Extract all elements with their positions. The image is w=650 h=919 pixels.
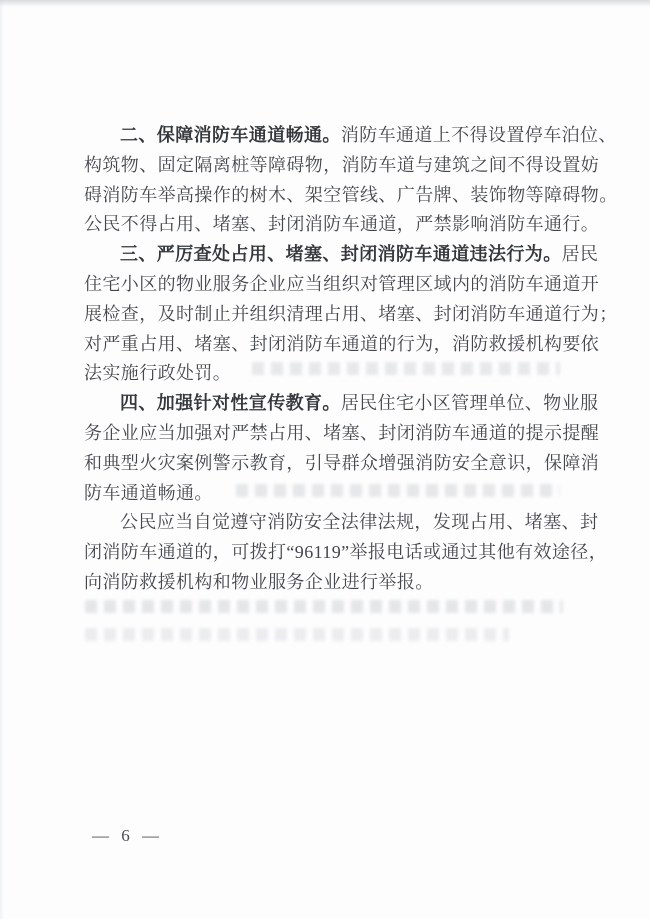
paragraph-lead: 二、保障消防车通道畅通。 xyxy=(120,125,341,145)
document-body: 二、保障消防车通道畅通。消防车通道上不得设置停车泊位、构筑物、固定隔离桩等障碍物… xyxy=(84,121,567,598)
paragraph-text: 居民 xyxy=(562,244,599,264)
text-line: 二、保障消防车通道畅通。消防车通道上不得设置停车泊位、 xyxy=(84,121,567,151)
paragraph-text: 和典型火灾案例警示教育，引导群众增强消防安全意识，保障消 xyxy=(84,453,599,473)
paragraph-lead: 三、严厉查处占用、堵塞、封闭消防车通道违法行为。 xyxy=(120,244,562,264)
text-line: 三、严厉查处占用、堵塞、封闭消防车通道违法行为。居民 xyxy=(84,240,567,270)
paragraph-text: 公民应当自觉遵守消防安全法律法规，发现占用、堵塞、封 xyxy=(120,512,598,532)
text-line: 闭消防车通道的，可拨打“96119”举报电话或通过其他有效途径， xyxy=(84,538,567,568)
paragraph: 二、保障消防车通道畅通。消防车通道上不得设置停车泊位、构筑物、固定隔离桩等障碍物… xyxy=(84,121,567,240)
paragraph-text: 对严重占用、堵塞、封闭消防车通道的行为，消防救援机构要依 xyxy=(84,334,599,354)
text-line: 展检查，及时制止并组织清理占用、堵塞、封闭消防车通道行为； xyxy=(84,300,567,330)
paragraph-text: 公民不得占用、堵塞、封闭消防车通道，严禁影响消防车通行。 xyxy=(84,214,599,234)
scan-edge-top xyxy=(0,0,650,7)
paragraph-lead: 四、加强针对性宣传教育。 xyxy=(120,393,341,413)
text-line: 务企业应当加强对严禁占用、堵塞、封闭消防车通道的提示提醒 xyxy=(84,419,567,449)
paragraph-text: 碍消防车举高操作的树木、架空管线、广告牌、装饰物等障碍物。 xyxy=(84,185,618,205)
page-number: — 6 — xyxy=(92,826,163,846)
ink-bleedthrough-artifact xyxy=(85,600,563,613)
scan-edge-left xyxy=(0,0,4,919)
paragraph-text: 向消防救援机构和物业服务企业进行举报。 xyxy=(84,572,434,592)
paragraph: 公民应当自觉遵守消防安全法律法规，发现占用、堵塞、封闭消防车通道的，可拨打“96… xyxy=(84,508,567,597)
text-line: 向消防救援机构和物业服务企业进行举报。 xyxy=(84,568,567,598)
paragraph-text: 务企业应当加强对严禁占用、堵塞、封闭消防车通道的提示提醒 xyxy=(84,423,599,443)
ink-bleedthrough-artifact xyxy=(252,362,560,375)
text-line: 四、加强针对性宣传教育。居民住宅小区管理单位、物业服 xyxy=(84,389,567,419)
paragraph-text: 住宅小区的物业服务企业应当组织对管理区域内的消防车通道开 xyxy=(84,274,599,294)
text-line: 构筑物、固定隔离桩等障碍物，消防车道与建筑之间不得设置妨 xyxy=(84,151,567,181)
paragraph-text: 构筑物、固定隔离桩等障碍物，消防车道与建筑之间不得设置妨 xyxy=(84,155,599,175)
text-line: 碍消防车举高操作的树木、架空管线、广告牌、装饰物等障碍物。 xyxy=(84,181,567,211)
paragraph-text: 展检查，及时制止并组织清理占用、堵塞、封闭消防车通道行为； xyxy=(84,304,618,324)
text-line: 公民应当自觉遵守消防安全法律法规，发现占用、堵塞、封 xyxy=(84,508,567,538)
paragraph-text: 居民住宅小区管理单位、物业服 xyxy=(341,393,599,413)
paragraph-text: 闭消防车通道的，可拨打“96119”举报电话或通过其他有效途径， xyxy=(84,542,607,562)
text-line: 住宅小区的物业服务企业应当组织对管理区域内的消防车通道开 xyxy=(84,270,567,300)
text-line: 公民不得占用、堵塞、封闭消防车通道，严禁影响消防车通行。 xyxy=(84,210,567,240)
paragraph-text: 法实施行政处罚。 xyxy=(84,363,231,383)
ink-bleedthrough-artifact xyxy=(236,484,560,497)
paragraph-text: 防车通道畅通。 xyxy=(84,483,213,503)
text-line: 对严重占用、堵塞、封闭消防车通道的行为，消防救援机构要依 xyxy=(84,330,567,360)
paragraph-text: 消防车通道上不得设置停车泊位、 xyxy=(341,125,617,145)
ink-bleedthrough-artifact xyxy=(85,628,509,641)
text-line: 和典型火灾案例警示教育，引导群众增强消防安全意识，保障消 xyxy=(84,449,567,479)
